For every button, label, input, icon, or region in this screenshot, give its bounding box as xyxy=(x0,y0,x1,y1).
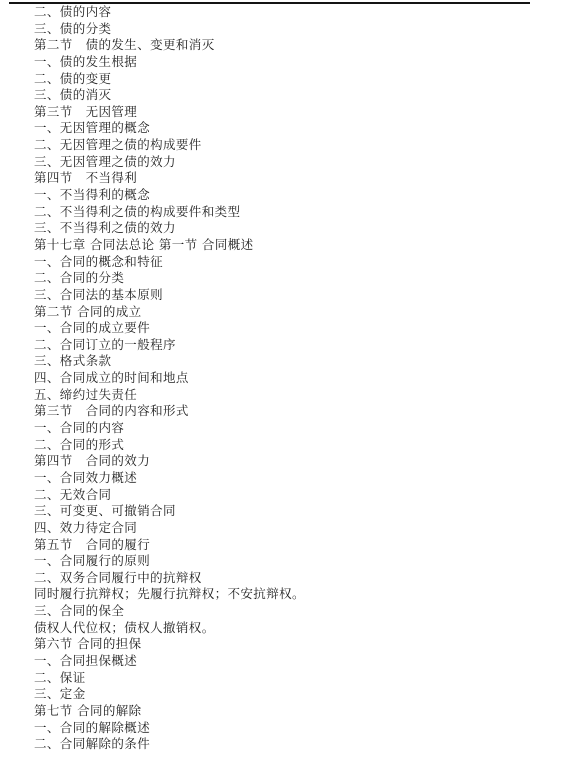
toc-line-section: 第五节 合同的履行 xyxy=(34,537,546,554)
toc-line-section: 第三节 合同的内容和形式 xyxy=(34,403,546,420)
toc-line-section: 第三节 无因管理 xyxy=(34,104,546,121)
toc-line-section: 第四节 不当得利 xyxy=(34,170,546,187)
toc-line-section: 第二节 债的发生、变更和消灭 xyxy=(34,37,546,54)
toc-line-item: 五、缔约过失责任 xyxy=(34,387,546,404)
toc-line-item: 一、债的发生根据 xyxy=(34,54,546,71)
toc-line-note: 同时履行抗辩权；先履行抗辩权；不安抗辩权。 xyxy=(34,586,546,603)
toc-line-item: 一、合同的内容 xyxy=(34,420,546,437)
toc-line-item: 二、合同解除的条件 xyxy=(34,736,546,753)
toc-line-item: 四、效力待定合同 xyxy=(34,520,546,537)
toc-line-section: 第四节 合同的效力 xyxy=(34,453,546,470)
toc-line-section: 第六节 合同的担保 xyxy=(34,636,546,653)
toc-line-item: 一、合同担保概述 xyxy=(34,653,546,670)
toc-line-item: 一、无因管理的概念 xyxy=(34,120,546,137)
toc-line-item: 二、债的变更 xyxy=(34,71,546,88)
toc-line-chapter: 第十七章 合同法总论 第一节 合同概述 xyxy=(34,237,546,254)
toc-line-item: 三、格式条款 xyxy=(34,353,546,370)
toc-line-section: 第七节 合同的解除 xyxy=(34,703,546,720)
toc-line-item: 四、合同成立的时间和地点 xyxy=(34,370,546,387)
toc-line-item: 二、双务合同履行中的抗辩权 xyxy=(34,570,546,587)
toc-line-note: 债权人代位权；债权人撤销权。 xyxy=(34,620,546,637)
toc-line-item: 一、不当得利的概念 xyxy=(34,187,546,204)
toc-line-item: 一、合同的成立要件 xyxy=(34,320,546,337)
toc-line-item: 一、合同的概念和特征 xyxy=(34,254,546,271)
toc-line-item: 三、可变更、可撤销合同 xyxy=(34,503,546,520)
toc-line-item: 二、合同订立的一般程序 xyxy=(34,337,546,354)
toc-line-item: 三、债的消灭 xyxy=(34,87,546,104)
toc-line-item: 二、保证 xyxy=(34,670,546,687)
toc-line-item: 三、定金 xyxy=(34,686,546,703)
toc-line-item: 二、合同的形式 xyxy=(34,437,546,454)
toc-line-item: 二、无因管理之债的构成要件 xyxy=(34,137,546,154)
toc-line-item: 二、合同的分类 xyxy=(34,270,546,287)
toc-list: 二、债的内容三、债的分类第二节 债的发生、变更和消灭一、债的发生根据二、债的变更… xyxy=(34,4,546,753)
toc-line-item: 二、债的内容 xyxy=(34,4,546,21)
toc-line-item: 三、合同的保全 xyxy=(34,603,546,620)
toc-line-item: 二、无效合同 xyxy=(34,487,546,504)
toc-line-item: 二、不当得利之债的构成要件和类型 xyxy=(34,204,546,221)
toc-line-item: 一、合同的解除概述 xyxy=(34,720,546,737)
toc-line-item: 一、合同履行的原则 xyxy=(34,553,546,570)
toc-line-item: 三、债的分类 xyxy=(34,21,546,38)
toc-line-item: 三、合同法的基本原则 xyxy=(34,287,546,304)
toc-line-item: 三、不当得利之债的效力 xyxy=(34,220,546,237)
document-page: 二、债的内容三、债的分类第二节 债的发生、变更和消灭一、债的发生根据二、债的变更… xyxy=(0,0,562,775)
toc-line-item: 三、无因管理之债的效力 xyxy=(34,154,546,171)
toc-line-item: 一、合同效力概述 xyxy=(34,470,546,487)
toc-line-section: 第二节 合同的成立 xyxy=(34,304,546,321)
